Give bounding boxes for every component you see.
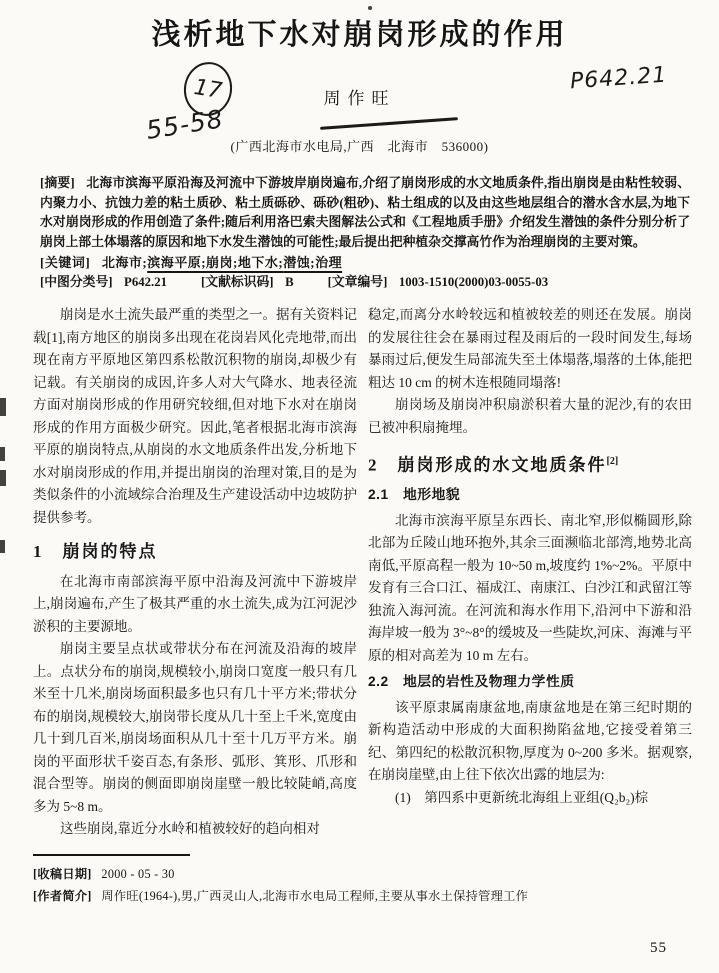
keyword-item: 滨海平原;	[147, 255, 206, 270]
doc-code-value: B	[285, 275, 294, 289]
scan-artifact	[0, 398, 6, 416]
handwritten-underline	[320, 117, 458, 130]
scan-artifact	[0, 470, 6, 486]
author-name: 周作旺	[0, 84, 719, 109]
paragraph: 崩岗场及崩岗冲积扇淤积着大量的泥沙,有的农田已被冲积扇掩埋。	[368, 394, 692, 439]
keyword-item: 地下水;	[238, 255, 283, 270]
section-heading-1: 1 崩岗的特点	[33, 541, 357, 564]
paragraph: 在北海市南部滨海平原中沿海及河流中下游坡岸上,崩岗遍布,产生了极其严重的水土流失…	[33, 571, 357, 639]
article-meta: [摘要]北海市滨海平原沿海及河流中下游坡岸崩岗遍布,介绍了崩岗形成的水文地质条件…	[40, 174, 690, 290]
received-date-value: 2000 - 05 - 30	[101, 867, 174, 881]
keyword-item: 北海市;	[102, 255, 147, 270]
article-id-value: 1003-1510(2000)03-0055-03	[399, 275, 548, 289]
section-heading-2-text: 2 崩岗形成的水文地质条件	[368, 456, 607, 475]
keyword-item: 崩岗;	[206, 255, 238, 270]
paragraph: 北海市滨海平原呈东西长、南北窄,形似椭圆形,除北部为丘陵山地环抱外,其余三面濒临…	[368, 510, 692, 668]
doc-code-label: [文献标识码]	[201, 275, 274, 289]
author-bio-value: 周作旺(1964-),男,广西灵山人,北海市水电局工程师,主要从事水土保持管理工…	[101, 889, 528, 903]
article-header: 浅析地下水对崩岗形成的作用 17 55-58 P642.21 周作旺 (广西北海…	[0, 0, 719, 168]
paragraph-intro: 崩岗是水土流失最严重的类型之一。据有关资料记载[1],南方地区的崩岗多出现在花岗…	[33, 304, 357, 529]
left-column: 崩岗是水土流失最严重的类型之一。据有关资料记载[1],南方地区的崩岗多出现在花岗…	[33, 304, 357, 844]
subsection-heading-2-2: 2.2 地层的岩性及物理力学性质	[368, 671, 692, 694]
reference-superscript: [2]	[607, 456, 619, 467]
journal-page: 浅析地下水对崩岗形成的作用 17 55-58 P642.21 周作旺 (广西北海…	[0, 0, 719, 973]
paragraph: 这些崩岗,靠近分水岭和植被较好的趋向相对	[33, 818, 357, 841]
paragraph: 崩岗主要呈点状或带状分布在河流及沿海的坡岸上。点状分布的崩岗,规模较小,崩岗口宽…	[33, 638, 357, 818]
keyword-item: 潜蚀;	[283, 255, 315, 270]
paragraph-continuation: 稳定,而离分水岭较远和植被较差的则还在发展。崩岗的发展往往会在暴雨过程及雨后的一…	[368, 304, 692, 394]
page-number: 55	[650, 940, 667, 957]
paragraph: 该平原隶属南康盆地,南康盆地是在第三纪时期的新构造活动中形成的大面积拗陷盆地,它…	[368, 697, 692, 787]
section-heading-2: 2 崩岗形成的水文地质条件[2]	[368, 451, 692, 477]
footnote-divider	[33, 854, 190, 856]
keyword-item: 治理	[315, 255, 342, 270]
clc-label: [中图分类号]	[40, 275, 113, 289]
scan-artifact	[0, 540, 5, 553]
received-date-line: [收稿日期]2000 - 05 - 30	[33, 865, 719, 882]
paragraph-stratum-item: (1) 第四系中更新统北海组上亚组(Q₂b₂)棕	[368, 787, 692, 810]
keywords-line: [关键词]北海市;滨海平原;崩岗;地下水;潜蚀;治理	[40, 252, 690, 271]
subsection-heading-2-1: 2.1 地形地貌	[368, 484, 692, 507]
classification-line: [中图分类号]P642.21[文献标识码]B[文章编号]1003-1510(20…	[40, 271, 690, 290]
abstract: [摘要]北海市滨海平原沿海及河流中下游坡岸崩岗遍布,介绍了崩岗形成的水文地质条件…	[40, 174, 690, 252]
clc-value: P642.21	[124, 275, 167, 289]
abstract-label: [摘要]	[40, 176, 75, 190]
author-affiliation: (广西北海市水电局,广西 北海市 536000)	[0, 136, 719, 155]
keywords-label: [关键词]	[40, 255, 90, 270]
footnote-block: [收稿日期]2000 - 05 - 30 [作者简介]周作旺(1964-),男,…	[33, 854, 719, 904]
author-bio-line: [作者简介]周作旺(1964-),男,广西灵山人,北海市水电局工程师,主要从事水…	[33, 887, 719, 904]
received-date-label: [收稿日期]	[33, 867, 92, 881]
article-id-label: [文章编号]	[328, 275, 388, 289]
scan-artifact	[0, 447, 5, 461]
author-bio-label: [作者简介]	[33, 889, 92, 903]
abstract-text: 北海市滨海平原沿海及河流中下游坡岸崩岗遍布,介绍了崩岗形成的水文地质条件,指出崩…	[40, 176, 690, 249]
page-title: 浅析地下水对崩岗形成的作用	[0, 12, 719, 53]
right-column: 稳定,而离分水岭较远和植被较差的则还在发展。崩岗的发展往往会在暴雨过程及雨后的一…	[368, 304, 692, 844]
body-columns: 崩岗是水土流失最严重的类型之一。据有关资料记载[1],南方地区的崩岗多出现在花岗…	[33, 304, 692, 844]
